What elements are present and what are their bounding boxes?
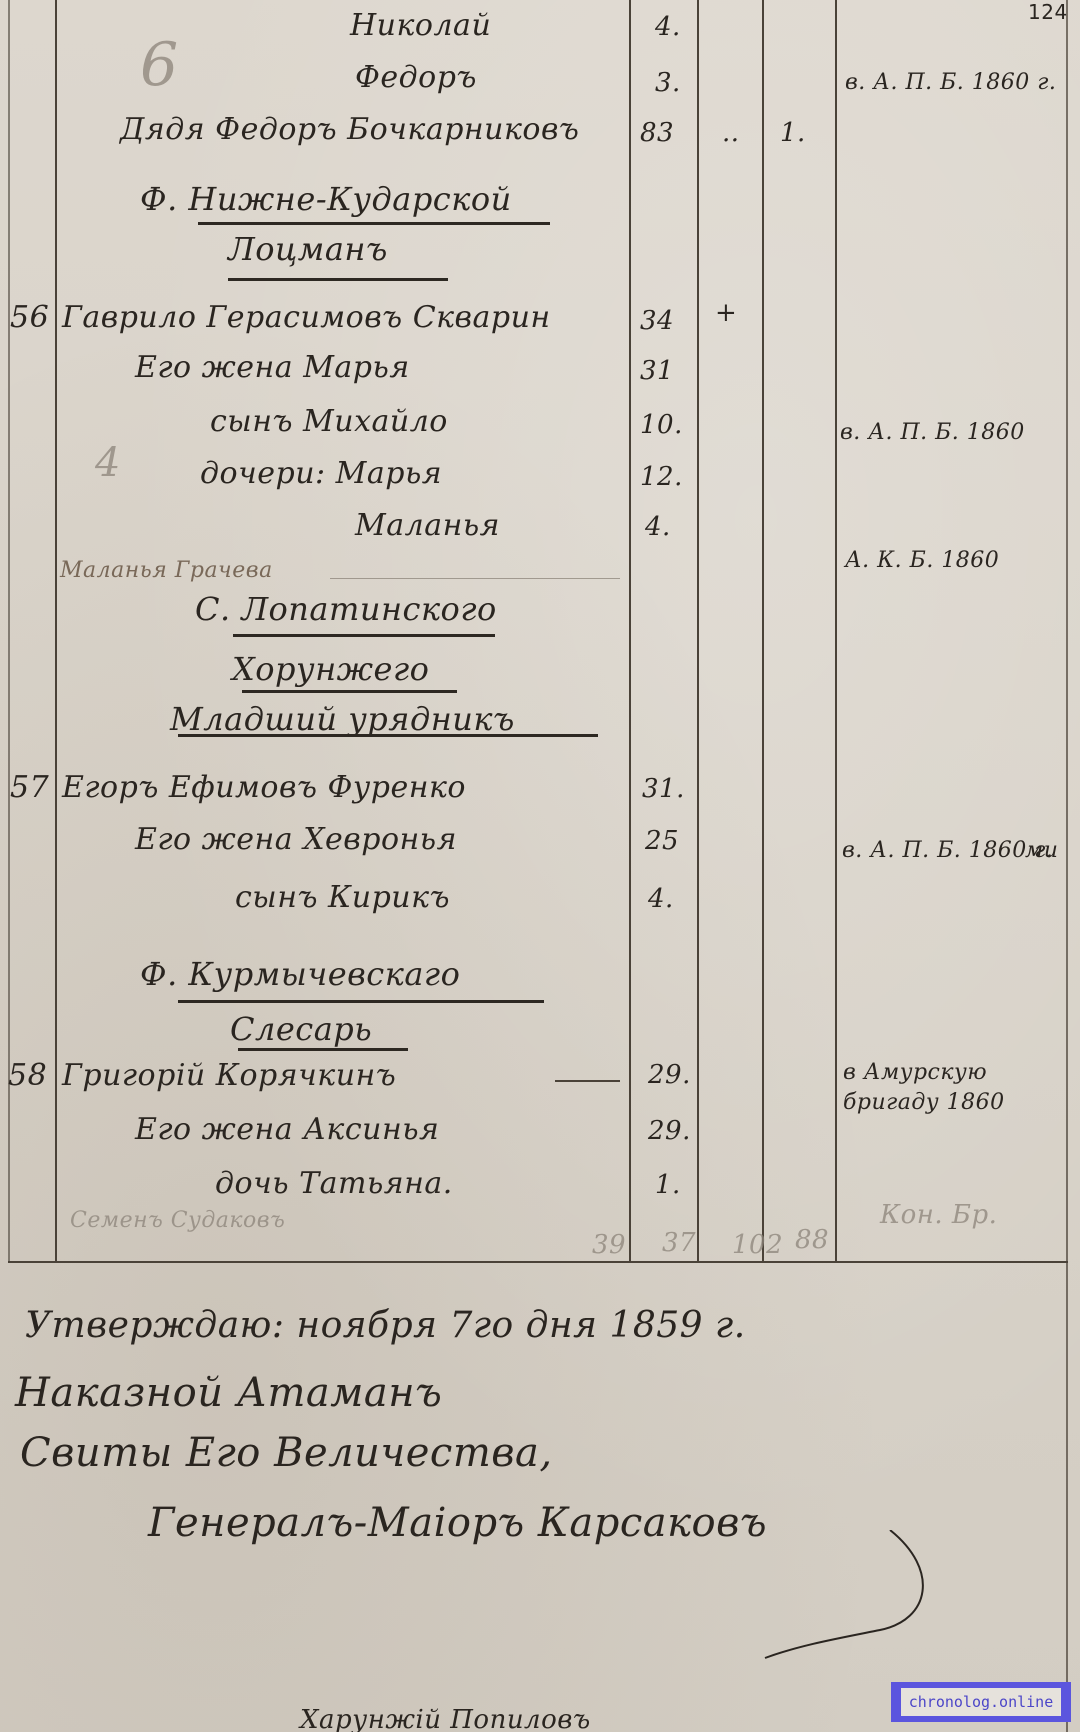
table-bottom-rule	[8, 1261, 1068, 1263]
archival-page: 124 6 4 Николай 4. Федоръ 3. в. А. П. Б.…	[0, 0, 1080, 1732]
section-rank: Хорунжего	[232, 650, 429, 688]
page-number: 124	[1028, 0, 1068, 24]
age-value: 12.	[640, 462, 683, 492]
person-name: сынъ Кирикъ	[235, 880, 450, 915]
person-name: Его жена Марья	[135, 350, 410, 385]
person-name: Федоръ	[355, 60, 477, 95]
right-border-line	[1066, 0, 1068, 1732]
age-value: 25	[645, 826, 679, 856]
section-underline	[178, 734, 598, 737]
section-village: Ф. Курмычевскаго	[140, 955, 460, 993]
person-name: дочь Татьяна.	[215, 1166, 453, 1201]
approval-signatory: Генералъ-Маіоръ Карсаковъ	[148, 1500, 767, 1546]
household-number: 58	[8, 1058, 47, 1093]
person-name: Гаврило Герасимовъ Скварин	[62, 300, 551, 335]
age-value: 31.	[642, 774, 685, 804]
approval-title: Наказной Атаманъ	[15, 1370, 442, 1416]
age-value: 4.	[648, 884, 674, 914]
note-extra: ми	[1025, 838, 1058, 863]
section-subrank: Младший урядникъ	[170, 700, 515, 738]
person-name: Николай	[350, 8, 491, 43]
age-value: 1.	[655, 1170, 681, 1200]
approval-line: Утверждаю: ноября 7го дня 1859 г.	[25, 1305, 746, 1346]
margin-pencil-mark: 6	[140, 30, 179, 100]
approval-suite: Свиты Его Величества,	[20, 1430, 553, 1476]
age-value: 83	[640, 118, 674, 148]
age-value: 3.	[655, 68, 681, 98]
name-column-divider	[629, 0, 631, 1262]
section-underline	[238, 1048, 408, 1051]
pencil-note: Кон. Бр.	[880, 1200, 997, 1230]
note-text: в. А. П. Б. 1860	[840, 420, 1025, 445]
dash-line	[555, 1080, 620, 1082]
age-value: 34	[640, 306, 674, 336]
pencil-annotation: Маланья Грачева	[60, 558, 273, 583]
watermark-text: chronolog.online	[901, 1688, 1061, 1716]
pencil-annotation: Семенъ Судаковъ	[70, 1208, 285, 1233]
mark-column-divider	[762, 0, 764, 1262]
person-name: Дядя Федоръ Бочкарниковъ	[120, 112, 579, 147]
watermark-badge[interactable]: chronolog.online	[891, 1682, 1071, 1722]
person-name: Григорій Корячкинъ	[62, 1058, 396, 1093]
note-text: в Амурскую бригаду 1860	[843, 1058, 1058, 1118]
mark-value: ..	[722, 118, 740, 148]
total-age: 37	[662, 1228, 696, 1258]
person-name: Маланья	[355, 508, 500, 543]
person-name: дочери: Марья	[200, 456, 442, 491]
section-rank: Слесарь	[230, 1010, 372, 1048]
signature-flourish-icon	[760, 1530, 960, 1660]
age-value: 4.	[645, 512, 671, 542]
pencil-line	[330, 578, 620, 579]
total-col4: 88	[795, 1225, 829, 1255]
household-number: 57	[10, 770, 49, 805]
household-number: 56	[10, 300, 49, 335]
count-column-divider	[835, 0, 837, 1262]
age-value: 4.	[655, 12, 681, 42]
age-value: 29.	[648, 1116, 691, 1146]
age-value: 10.	[640, 410, 683, 440]
total-col3: 102	[732, 1230, 783, 1260]
section-village: Ф. Нижне-Кударской	[140, 180, 512, 218]
total-name-col: 39	[592, 1230, 626, 1260]
person-name: Его жена Хевронья	[135, 822, 457, 857]
bottom-signature: Харунжій Попиловъ	[300, 1705, 591, 1732]
section-underline	[228, 278, 448, 281]
section-underline	[242, 690, 457, 693]
person-name: Егоръ Ефимовъ Фуренко	[62, 770, 466, 805]
section-rank: Лоцманъ	[228, 230, 388, 268]
section-village: С. Лопатинского	[195, 590, 497, 628]
age-value: 31	[640, 356, 674, 386]
person-name: сынъ Михайло	[210, 404, 448, 439]
section-underline	[198, 222, 550, 225]
note-text: А. К. Б. 1860	[845, 548, 999, 573]
mark-value: +	[715, 298, 737, 328]
margin-pencil-mark: 4	[95, 440, 121, 486]
count-value: 1.	[780, 118, 806, 148]
section-underline	[178, 1000, 544, 1003]
person-name: Его жена Аксинья	[135, 1112, 439, 1147]
inner-margin-line	[55, 0, 57, 1262]
age-column-divider	[697, 0, 699, 1262]
section-underline	[233, 634, 495, 637]
age-value: 29.	[648, 1060, 691, 1090]
note-text: в. А. П. Б. 1860 г.	[842, 838, 1053, 863]
note-text: в. А. П. Б. 1860 г.	[845, 70, 1056, 95]
